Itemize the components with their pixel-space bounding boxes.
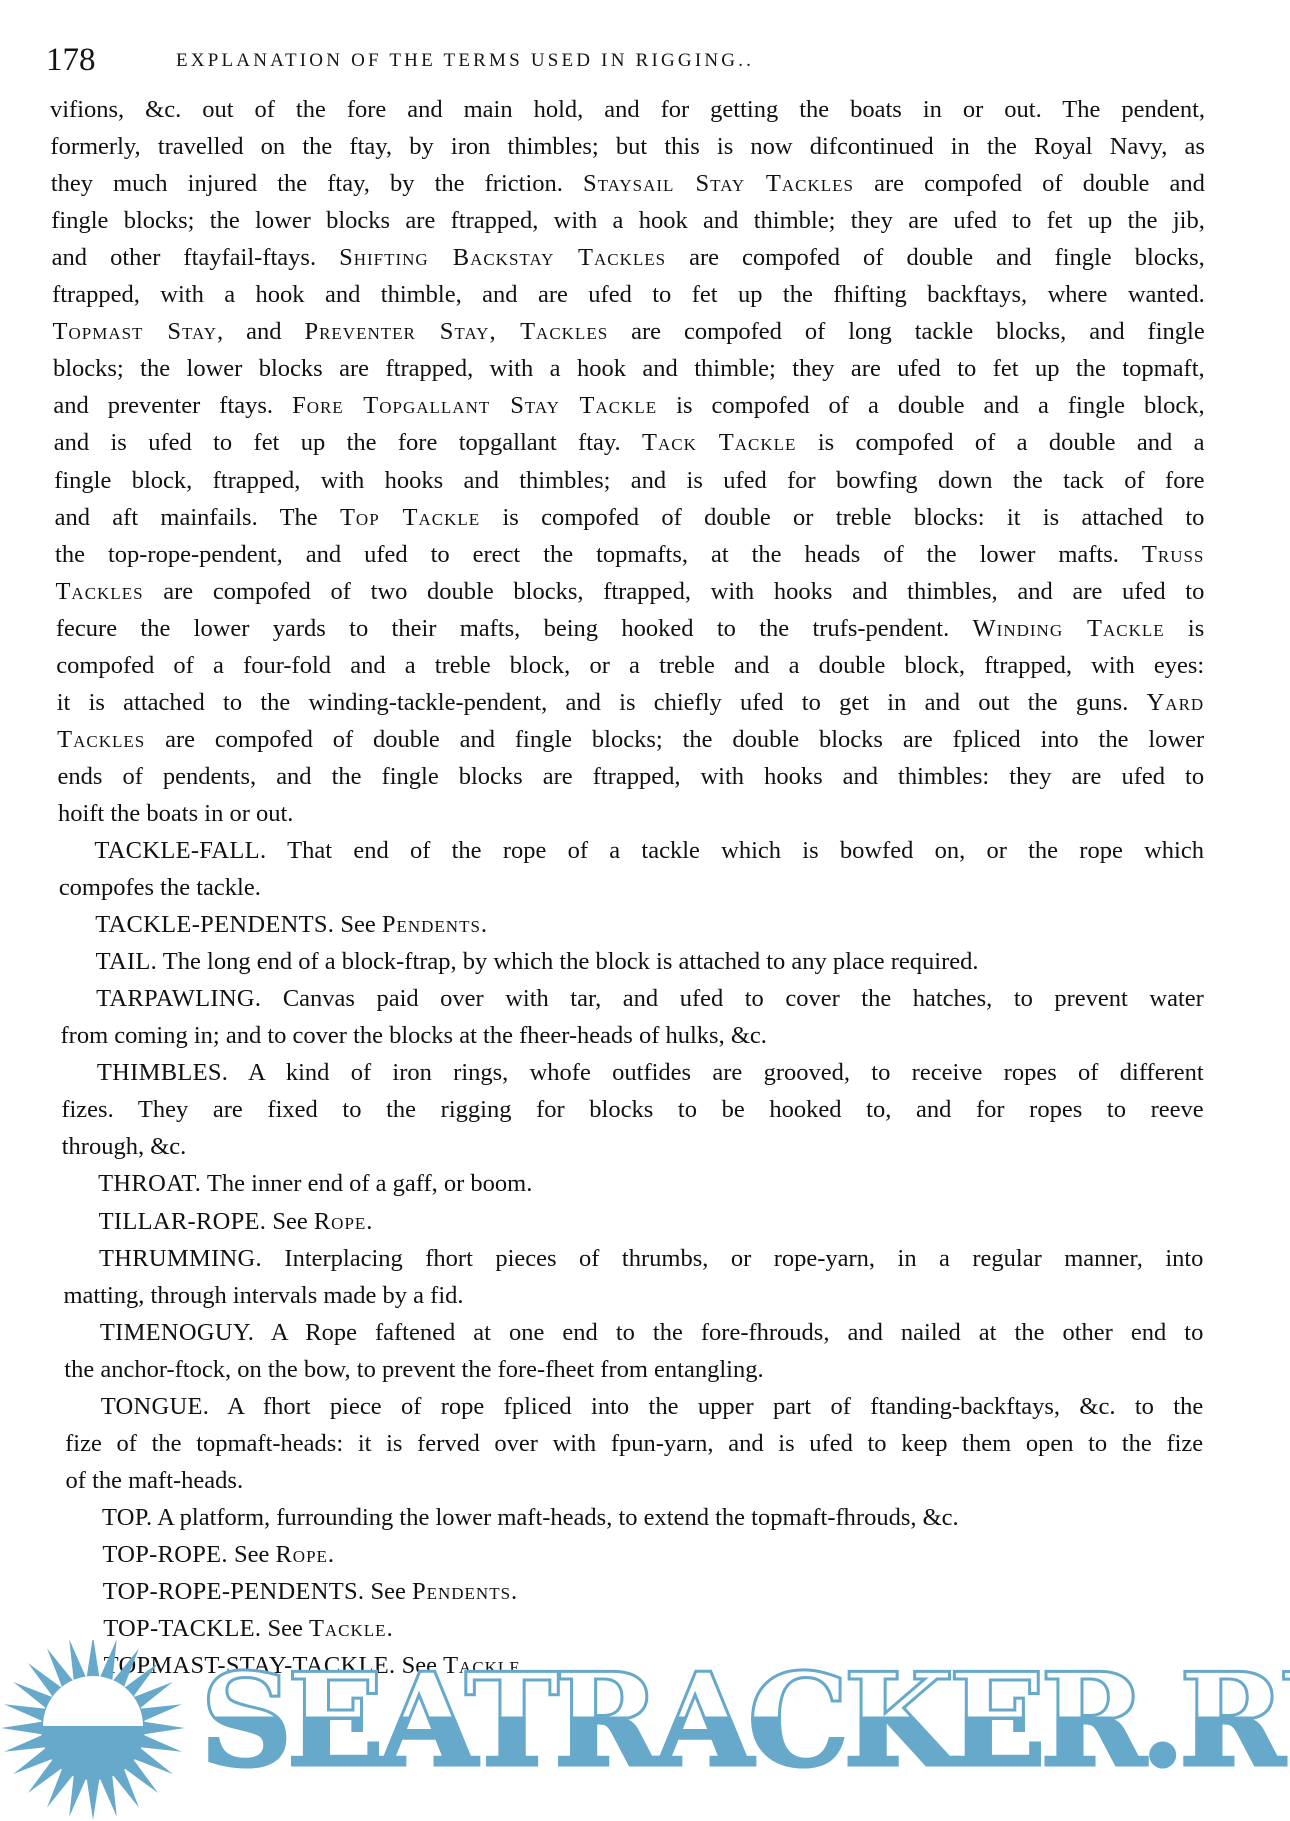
text-line: they much injured the ftay, by the frict…	[51, 167, 1205, 201]
text-run: compofed of a four-fold and a treble blo…	[56, 652, 1204, 679]
text-run: and preventer ftays.	[53, 392, 292, 419]
text-line: formerly, travelled on the ftay, by iron…	[50, 130, 1205, 164]
rising-sun-icon	[0, 1640, 200, 1821]
entry-term: TACKLE-FALL.	[94, 837, 266, 864]
text-run: through, &c.	[62, 1133, 187, 1160]
entry-term: TARPAWLING.	[96, 985, 261, 1012]
text-run: The inner end of a gaff, or boom.	[201, 1170, 532, 1197]
text-run: fingle block, ftrapped, with hooks and t…	[54, 467, 1204, 494]
text-line: vifions, &c. out of the fore and main ho…	[50, 93, 1205, 127]
text-line: blocks; the lower blocks are ftrapped, w…	[53, 352, 1205, 386]
entry-term: TIMENOGUY.	[100, 1319, 254, 1346]
text-run: fizes. They are fixed to the rigging for…	[61, 1096, 1203, 1123]
text-line: Tackles are compofed of double and fingl…	[57, 723, 1204, 757]
entry-term: TACKLE-PENDENTS.	[95, 911, 334, 938]
small-caps-term: Preventer Stay, Tackles	[304, 318, 608, 345]
entry-term: TILLAR-ROPE.	[99, 1208, 267, 1235]
text-run: A Rope faftened at one end to the fore-f…	[254, 1319, 1203, 1346]
text-run: vifions, &c. out of the fore and main ho…	[50, 96, 1205, 123]
small-caps-term: Topmast Stay	[53, 318, 218, 345]
text-line: fize of the topmaft-heads: it is ferved …	[65, 1427, 1203, 1461]
text-run: ftrapped, with a hook and thimble, and a…	[52, 281, 1205, 308]
glossary-entry-line: TACKLE-FALL. That end of the rope of a t…	[94, 834, 1204, 868]
glossary-entry-line: TOP-ROPE-PENDENTS. See Pendents.	[103, 1575, 518, 1609]
entry-term: THIMBLES.	[97, 1059, 228, 1086]
text-run: are compofed of two double blocks, ftrap…	[144, 578, 1205, 605]
page-number: 178	[46, 40, 96, 80]
text-line: fingle block, ftrapped, with hooks and t…	[54, 464, 1204, 498]
text-run: That end of the rope of a tackle which i…	[266, 837, 1204, 864]
watermark-text: SEATRACKER.RU	[200, 1666, 1290, 1776]
text-run: and is ufed to fet up the fore topgallan…	[54, 429, 642, 456]
text-line: it is attached to the winding-tackle-pen…	[57, 686, 1204, 720]
small-caps-term: Rope.	[275, 1541, 335, 1568]
glossary-entry-line: TONGUE. A fhort piece of rope fpliced in…	[101, 1390, 1204, 1424]
text-run: are compofed of long tackle blocks, and …	[608, 318, 1205, 345]
text-run: compofes the tackle.	[59, 874, 261, 901]
text-line: fecure the lower yards to their mafts, b…	[56, 612, 1204, 646]
text-run: is compofed of a double and a	[796, 429, 1204, 456]
text-run: Canvas paid over with tar, and ufed to c…	[261, 985, 1204, 1012]
text-run: , and	[217, 318, 304, 345]
small-caps-term: Shifting Backstay Tackles	[339, 244, 666, 271]
glossary-entry-line: TIMENOGUY. A Rope faftened at one end to…	[100, 1316, 1203, 1350]
text-run: Interplacing fhort pieces of thrumbs, or…	[262, 1245, 1203, 1272]
text-run: the anchor-ftock, on the bow, to prevent…	[64, 1356, 763, 1383]
text-run: See	[228, 1541, 276, 1568]
text-run: A platform, furrounding the lower maft-h…	[152, 1504, 958, 1531]
glossary-entry-line: TAIL. The long end of a block-ftrap, by …	[96, 945, 979, 979]
text-line: of the maft-heads.	[66, 1464, 244, 1498]
text-run: they much injured the ftay, by the frict…	[51, 170, 583, 197]
glossary-entry-line: TARPAWLING. Canvas paid over with tar, a…	[96, 982, 1204, 1016]
small-caps-term: Tackles	[55, 578, 143, 605]
text-run: of the maft-heads.	[66, 1467, 244, 1494]
glossary-entry-line: TACKLE-PENDENTS. See Pendents.	[95, 908, 488, 942]
small-caps-term: Fore Topgallant Stay Tackle	[292, 392, 657, 419]
small-caps-term: Rope.	[314, 1208, 374, 1235]
text-line: ends of pendents, and the fingle blocks …	[58, 760, 1205, 794]
entry-term: TAIL.	[96, 948, 157, 975]
text-line: fizes. They are fixed to the rigging for…	[61, 1093, 1203, 1127]
text-line: and aft mainfails. The Top Tackle is com…	[55, 501, 1205, 535]
text-run: fize of the topmaft-heads: it is ferved …	[65, 1430, 1203, 1457]
text-line: from coming in; and to cover the blocks …	[61, 1019, 767, 1053]
small-caps-term: Pendents.	[382, 911, 488, 938]
text-run: See	[266, 1208, 314, 1235]
text-run: blocks; the lower blocks are ftrapped, w…	[53, 355, 1205, 382]
text-line: and is ufed to fet up the fore topgallan…	[54, 426, 1205, 460]
text-run: is compofed of double or treble blocks: …	[480, 504, 1204, 531]
watermark: SEATRACKER.RU	[0, 1640, 1290, 1821]
text-run: matting, through intervals made by a fid…	[63, 1282, 463, 1309]
text-run: A kind of iron rings, whofe outfides are…	[228, 1059, 1203, 1086]
text-run: and other ftayfail-ftays.	[52, 244, 339, 271]
running-title: EXPLANATION OF THE TERMS USED IN RIGGING…	[176, 46, 754, 76]
glossary-entry-line: THIMBLES. A kind of iron rings, whofe ou…	[97, 1056, 1204, 1090]
running-head: 178 EXPLANATION OF THE TERMS USED IN RIG…	[46, 40, 1206, 80]
small-caps-term: Pendents.	[412, 1578, 518, 1605]
text-line: the top-rope-pendent, and ufed to erect …	[55, 538, 1204, 572]
text-run: The long end of a block-ftrap, by which …	[157, 948, 978, 975]
text-line: fingle blocks; the lower blocks are ftra…	[51, 204, 1205, 238]
glossary-entry-line: THROAT. The inner end of a gaff, or boom…	[98, 1167, 532, 1201]
text-run: See	[261, 1615, 309, 1642]
text-line: and other ftayfail-ftays. Shifting Backs…	[52, 241, 1205, 275]
text-line: matting, through intervals made by a fid…	[63, 1279, 463, 1313]
small-caps-term: Tack Tackle	[642, 429, 796, 456]
entry-term: TONGUE.	[101, 1393, 210, 1420]
text-line: compofes the tackle.	[59, 871, 261, 905]
small-caps-term: Tackles	[57, 726, 145, 753]
text-run: the top-rope-pendent, and ufed to erect …	[55, 541, 1142, 568]
text-run: and aft mainfails. The	[55, 504, 340, 531]
entry-term: THROAT.	[98, 1170, 201, 1197]
text-run: is compofed of a double and a fingle blo…	[657, 392, 1204, 419]
small-caps-term: Top Tackle	[340, 504, 480, 531]
glossary-entry-line: THRUMMING. Interplacing fhort pieces of …	[99, 1242, 1203, 1276]
text-run: fingle blocks; the lower blocks are ftra…	[51, 207, 1205, 234]
text-line: Topmast Stay, and Preventer Stay, Tackle…	[53, 315, 1205, 349]
small-caps-term: Yard	[1147, 689, 1205, 716]
text-line: compofed of a four-fold and a treble blo…	[56, 649, 1204, 683]
entry-term: THRUMMING.	[99, 1245, 262, 1272]
text-run: is	[1165, 615, 1205, 642]
text-run: See	[364, 1578, 412, 1605]
glossary-entry-line: TOP-ROPE. See Rope.	[102, 1538, 335, 1572]
text-run: are compofed of double and fingle blocks…	[666, 244, 1205, 271]
small-caps-term: Winding Tackle	[973, 615, 1165, 642]
text-run: See	[334, 911, 382, 938]
text-run: A fhort piece of rope fpliced into the u…	[209, 1393, 1203, 1420]
text-line: Tackles are compofed of two double block…	[55, 575, 1204, 609]
text-run: from coming in; and to cover the blocks …	[61, 1022, 767, 1049]
text-line: ftrapped, with a hook and thimble, and a…	[52, 278, 1205, 312]
small-caps-term: Staysail Stay Tackles	[583, 170, 854, 197]
text-run: fecure the lower yards to their mafts, b…	[56, 615, 973, 642]
text-run: are compofed of double and fingle blocks…	[145, 726, 1204, 753]
glossary-entry-line: TILLAR-ROPE. See Rope.	[99, 1205, 374, 1239]
small-caps-term: Truss	[1142, 541, 1205, 568]
text-line: and preventer ftays. Fore Topgallant Sta…	[53, 389, 1204, 423]
text-run: formerly, travelled on the ftay, by iron…	[50, 133, 1205, 160]
book-page: 178 EXPLANATION OF THE TERMS USED IN RIG…	[0, 0, 1290, 1821]
glossary-entry-line: TOP. A platform, furrounding the lower m…	[102, 1501, 959, 1535]
entry-term: TOP-TACKLE.	[103, 1615, 261, 1642]
text-run: are compofed of double and	[854, 170, 1205, 197]
text-line: the anchor-ftock, on the bow, to prevent…	[64, 1353, 763, 1387]
entry-term: TOP-ROPE.	[102, 1541, 227, 1568]
text-run: it is attached to the winding-tackle-pen…	[57, 689, 1147, 716]
text-run: ends of pendents, and the fingle blocks …	[58, 763, 1205, 790]
text-line: through, &c.	[62, 1130, 187, 1164]
text-line: hoift the boats in or out.	[58, 797, 293, 831]
small-caps-term: Tackle.	[309, 1615, 394, 1642]
entry-term: TOP.	[102, 1504, 152, 1531]
text-run: hoift the boats in or out.	[58, 800, 293, 827]
entry-term: TOP-ROPE-PENDENTS.	[103, 1578, 365, 1605]
